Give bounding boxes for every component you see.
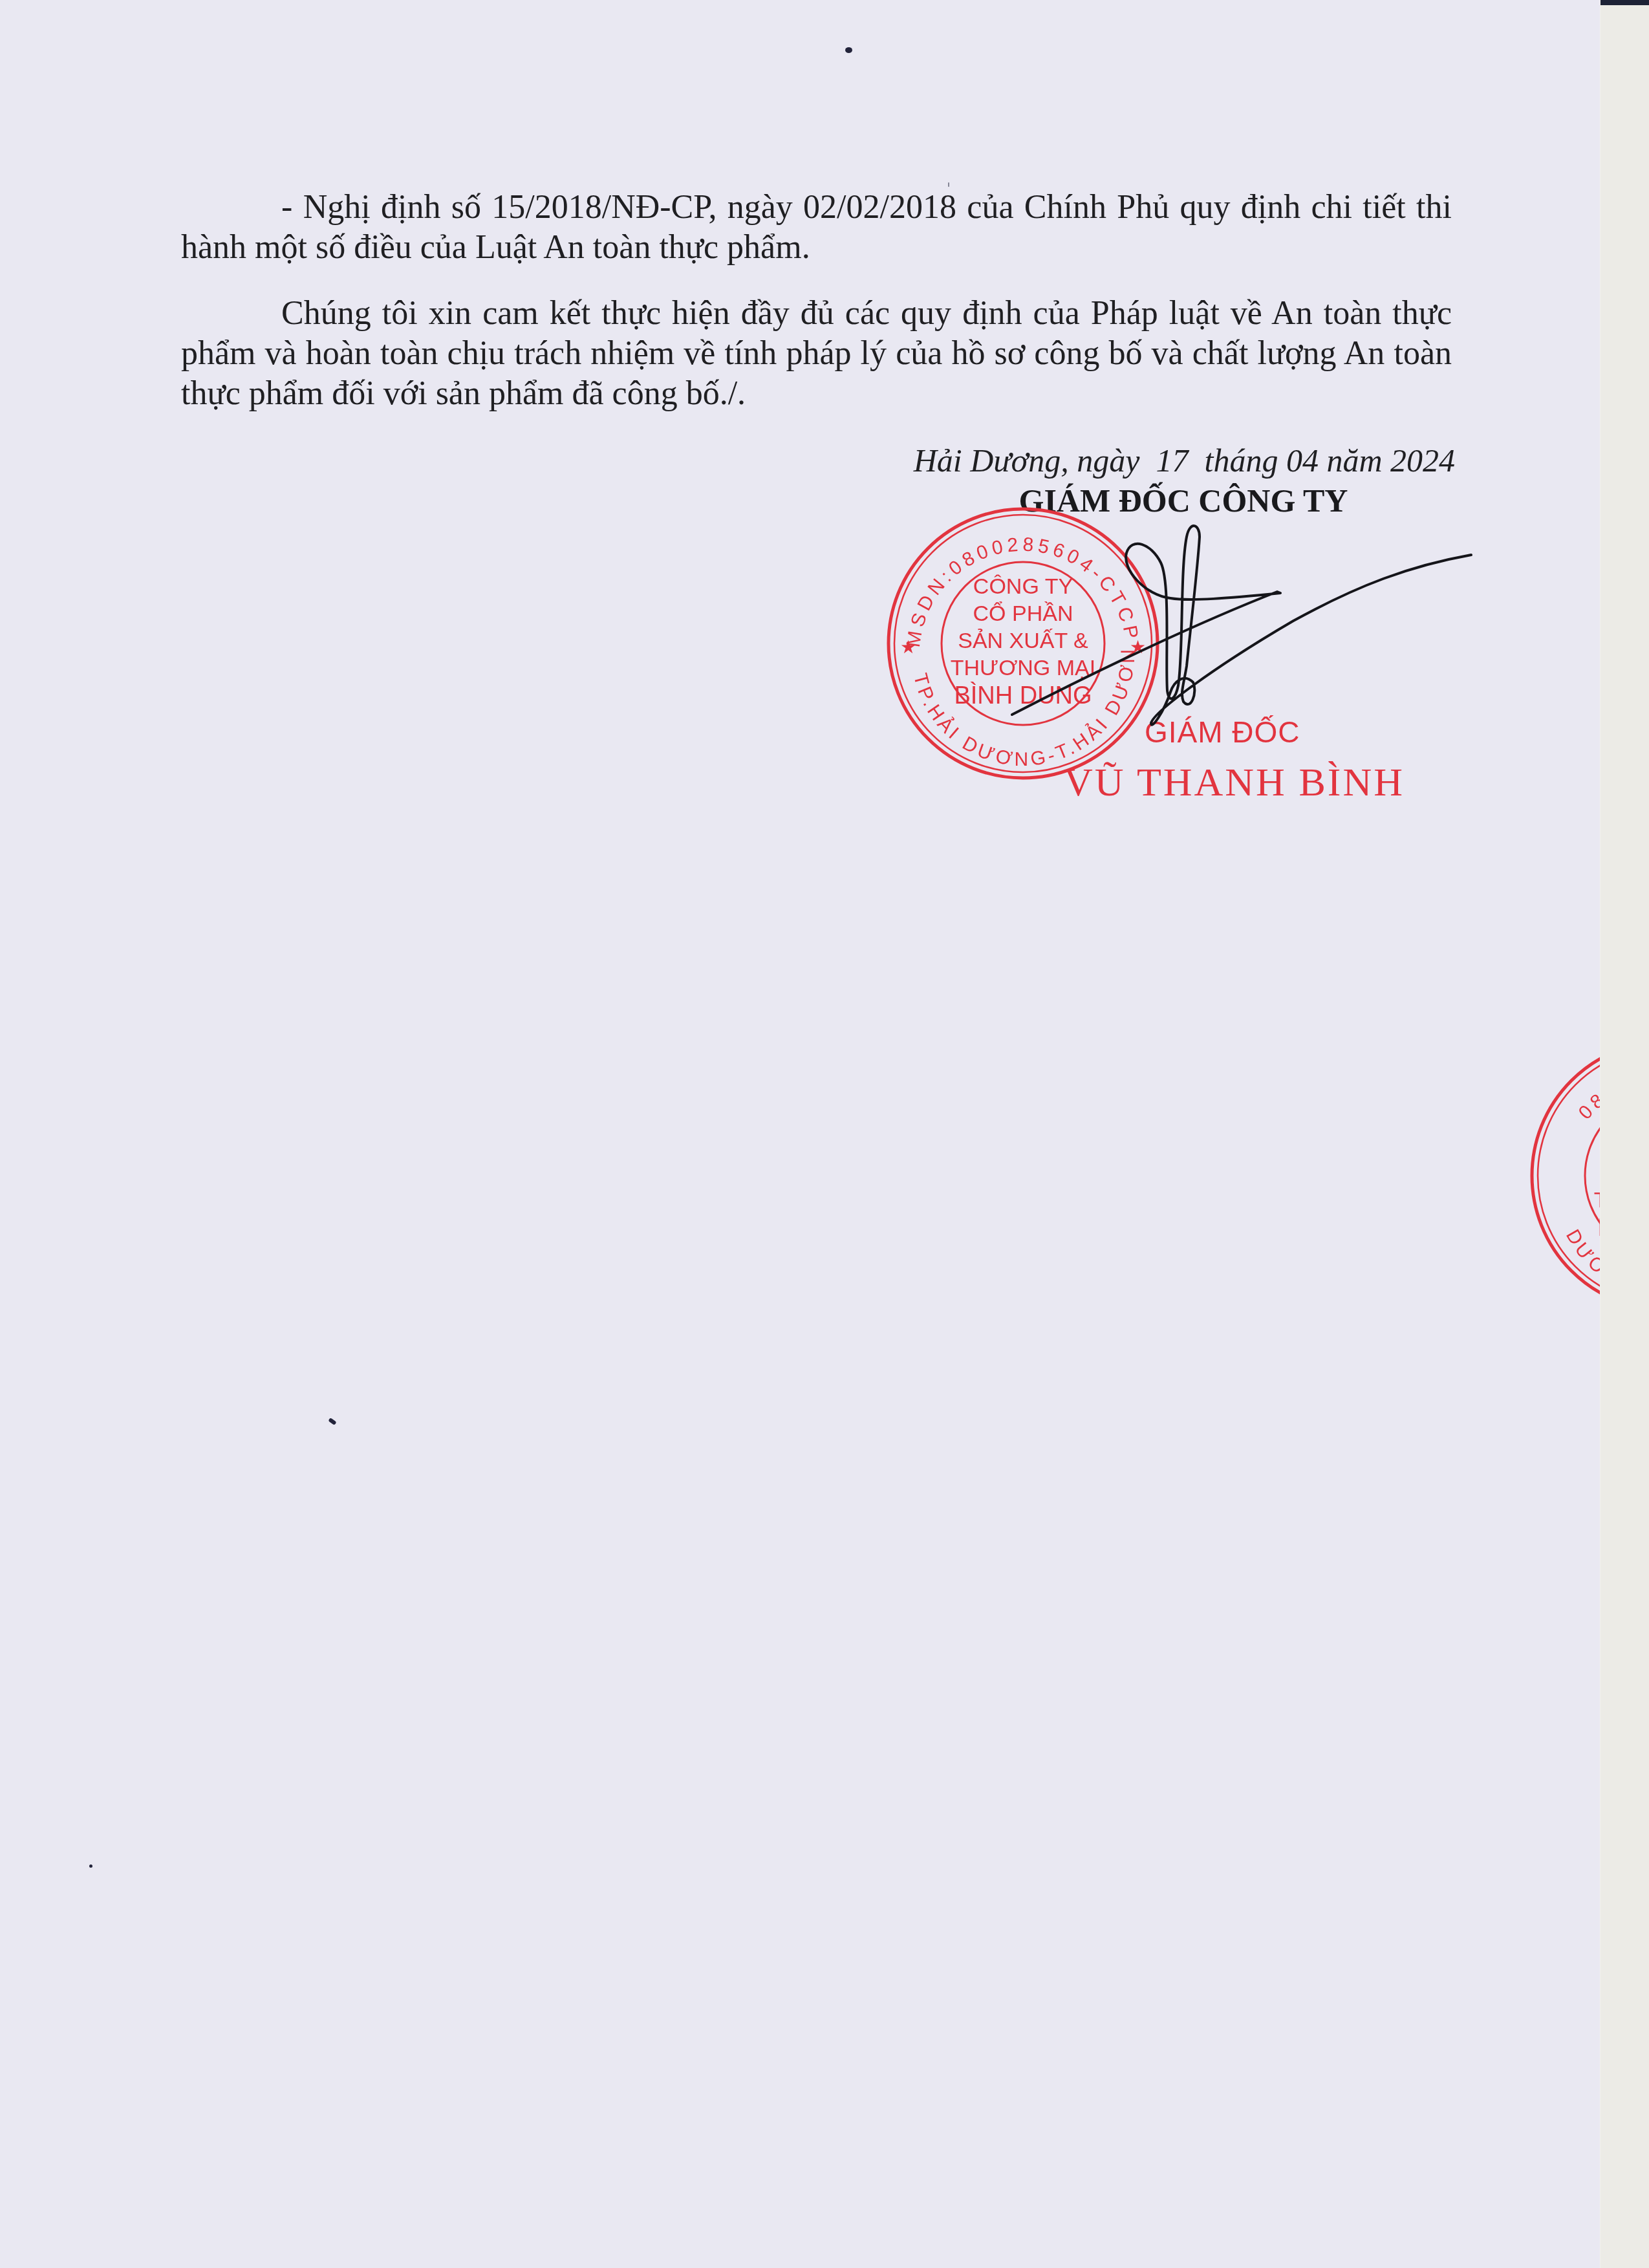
scan-speck	[948, 182, 949, 187]
seal-star-icon: ★	[900, 637, 916, 657]
paragraph-commitment: Chúng tôi xin cam kết thực hiện đầy đủ c…	[181, 294, 1452, 414]
place-date-line: Hải Dương, ngày 17 tháng 04 năm 2024	[873, 442, 1455, 479]
body-text: - Nghị định số 15/2018/NĐ-CP, ngày 02/02…	[181, 188, 1452, 414]
partial-seal-graphic: 0800285604 DƯƠNG- CÔNG TY CỔ PHẦN SẢN XU…	[1529, 1037, 1600, 1315]
handwritten-signature	[957, 517, 1474, 734]
partial-seal-line: BÌNH DUNG	[1597, 1214, 1600, 1242]
scan-speck	[328, 1418, 336, 1425]
signature-icon	[957, 517, 1474, 731]
document-page: - Nghị định số 15/2018/NĐ-CP, ngày 02/02…	[0, 0, 1600, 2268]
partial-seal-line: THƯƠNG MẠI	[1594, 1188, 1600, 1213]
scanner-edge-shadow	[1600, 0, 1649, 5]
scan-speck	[89, 1864, 92, 1868]
partial-company-seal: 0800285604 DƯƠNG- CÔNG TY CỔ PHẦN SẢN XU…	[1529, 1037, 1600, 1315]
paragraph-decree-reference: - Nghị định số 15/2018/NĐ-CP, ngày 02/02…	[181, 188, 1452, 268]
scan-speck	[845, 47, 852, 53]
signature-stamp-name: VŨ THANH BÌNH	[1064, 760, 1405, 806]
